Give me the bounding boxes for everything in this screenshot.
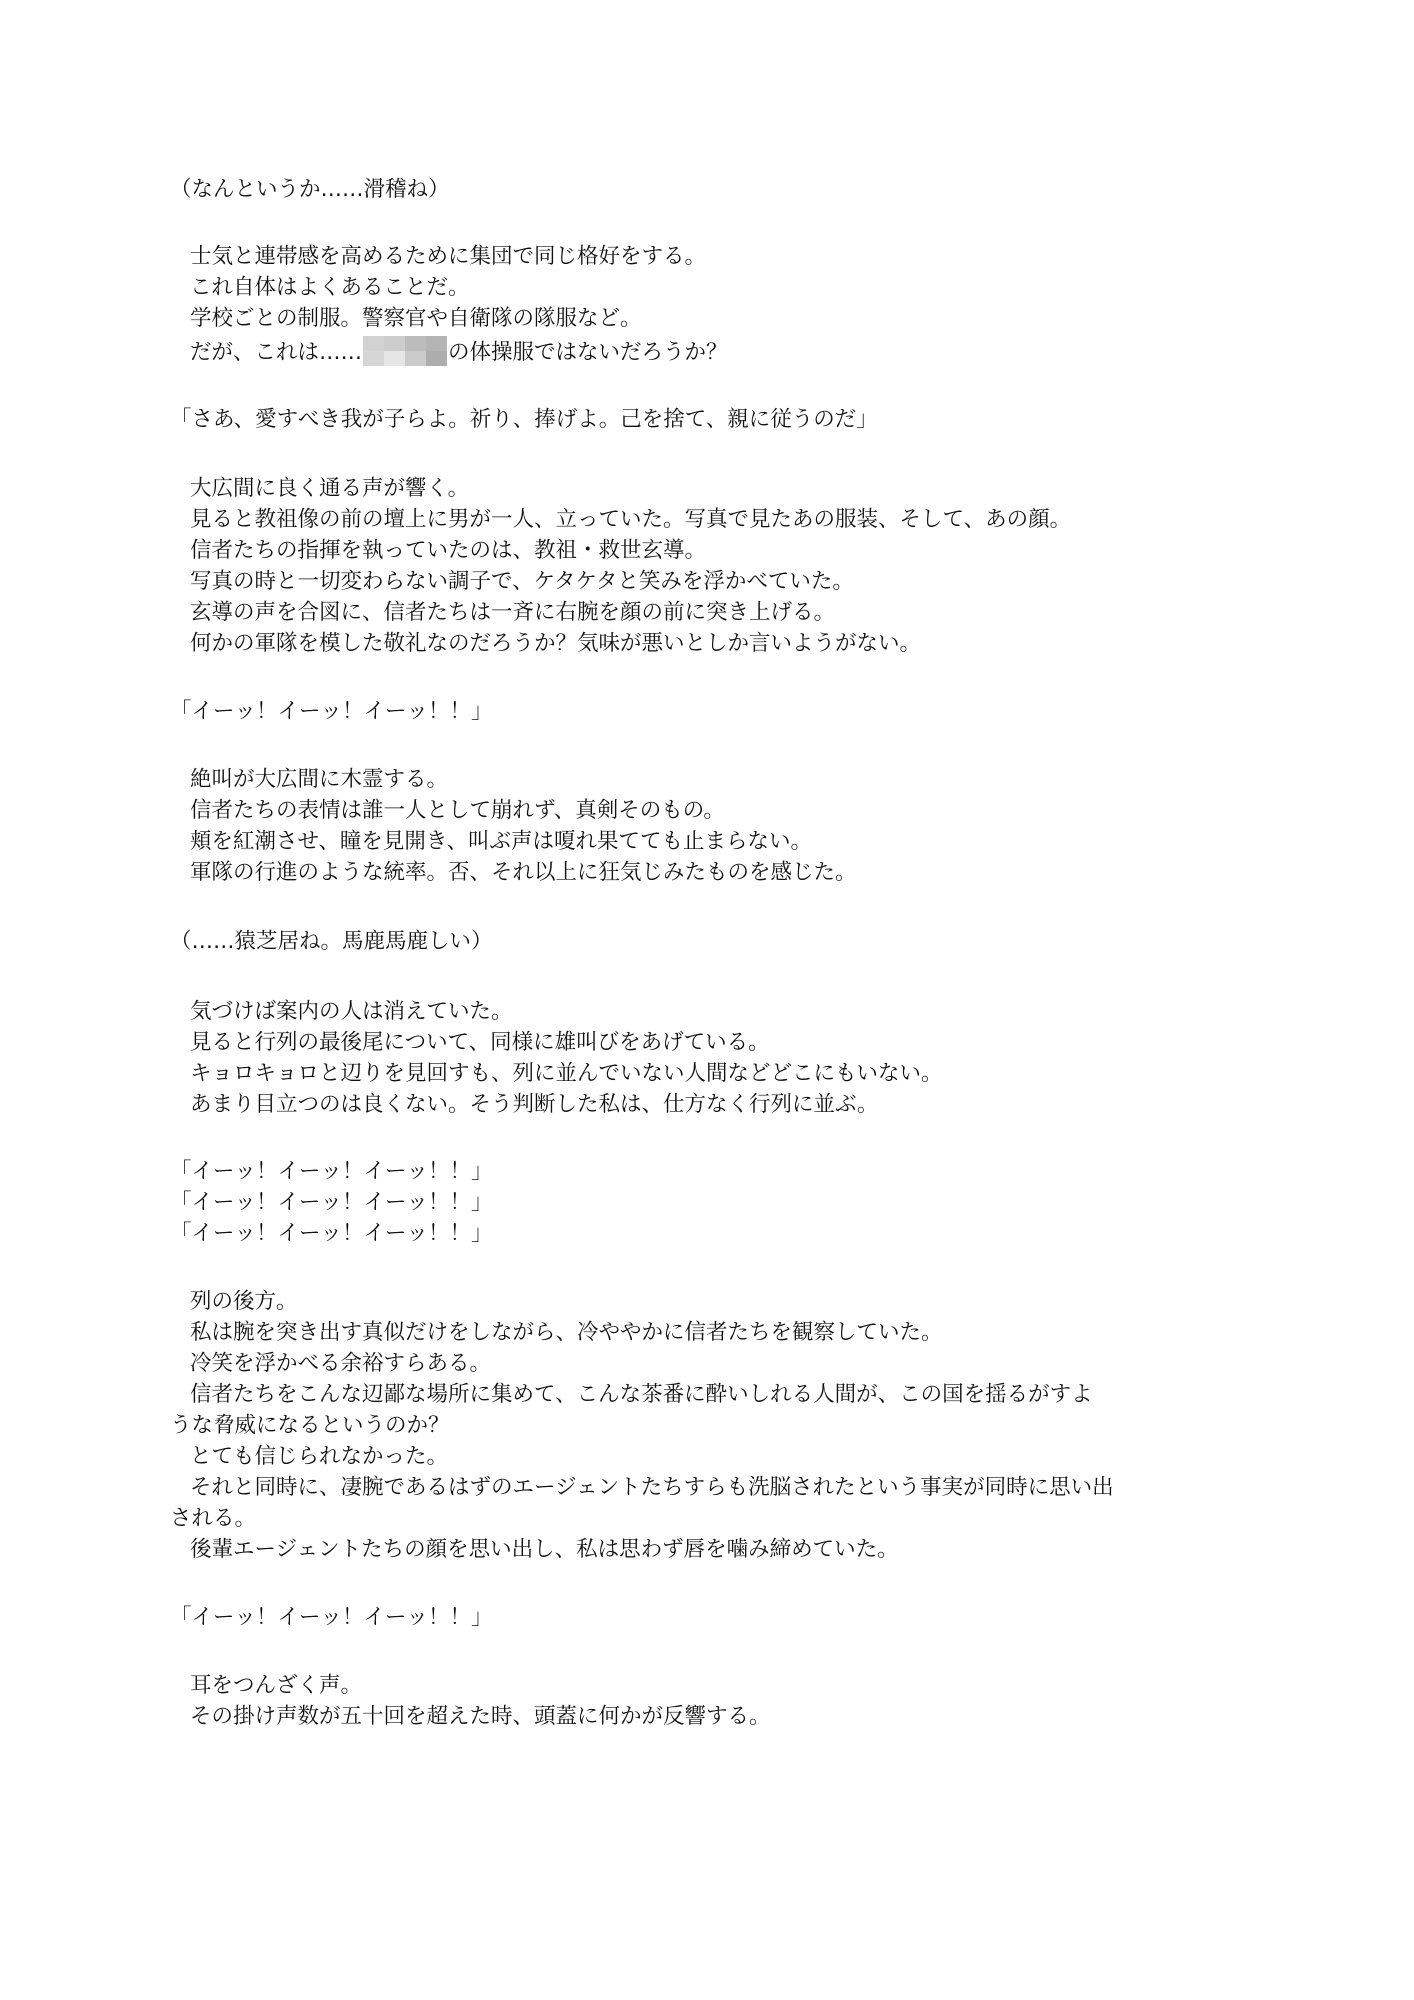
- text-line: （なんというか……滑稽ね）: [170, 176, 450, 204]
- text-line: キョロキョロと辺りを見回すも、列に並んでいない人間などどこにもいない。: [190, 1060, 943, 1088]
- text-line: 冷笑を浮かべる余裕すらある。: [190, 1350, 491, 1378]
- text-line: 大広間に良く通る声が響く。: [190, 475, 469, 503]
- dialogue-line: 「さあ、愛すべき我が子らよ。祈り、捧げよ。己を捨て、親に従うのだ」: [170, 406, 878, 434]
- text-line: それと同時に、凄腕であるはずのエージェントたちすらも洗脳されたという事実が同時に…: [190, 1474, 1114, 1502]
- text-line: 学校ごとの制服。警察官や自衛隊の隊服など。: [190, 305, 642, 333]
- text-line: 私は腕を突き出す真似だけをしながら、冷ややかに信者たちを観察していた。: [190, 1319, 943, 1347]
- text-line-with-redaction: だが、これは……の体操服ではないだろうか？: [190, 336, 728, 367]
- thought-line: （……猿芝居ね。馬鹿馬鹿しい）: [170, 928, 493, 956]
- text-line: 信者たちをこんな辺鄙な場所に集めて、こんな茶番に酔いしれる人間が、この国を揺るが…: [190, 1381, 1093, 1409]
- text-line: 信者たちの指揮を執っていたのは、教祖・救世玄導。: [190, 537, 706, 565]
- text-line: 列の後方。: [190, 1288, 298, 1316]
- text-line: うな脅威になるというのか？: [170, 1412, 450, 1440]
- text-line: 耳をつんざく声。: [190, 1672, 362, 1700]
- text-line: 見ると教祖像の前の壇上に男が一人、立っていた。写真で見たあの服装、そして、あの顔…: [190, 506, 1071, 534]
- text-line: その掛け声数が五十回を超えた時、頭蓋に何かが反響する。: [190, 1703, 771, 1731]
- dialogue-line: 「イーッ！イーッ！イーッ！！」: [170, 698, 493, 726]
- redacted-mosaic-block: [363, 336, 447, 366]
- text-line: 絶叫が大広間に木霊する。: [190, 766, 448, 794]
- text-line: これ自体はよくあることだ。: [190, 274, 470, 302]
- text-line: される。: [170, 1505, 256, 1533]
- text-line: 見ると行列の最後尾について、同様に雄叫びをあげている。: [190, 1029, 770, 1057]
- text-line: 士気と連帯感を高めるために集団で同じ格好をする。: [190, 243, 706, 271]
- dialogue-line: 「イーッ！イーッ！イーッ！！」: [170, 1189, 493, 1217]
- text-segment: の体操服ではないだろうか？: [448, 340, 728, 365]
- text-segment: だが、これは……: [190, 340, 362, 365]
- text-line: 写真の時と一切変わらない調子で、ケタケタと笑みを浮かべていた。: [190, 568, 854, 596]
- dialogue-line: 「イーッ！イーッ！イーッ！！」: [170, 1604, 493, 1632]
- document-page: （なんというか……滑稽ね） 士気と連帯感を高めるために集団で同じ格好をする。 こ…: [0, 0, 1414, 2000]
- text-line: 信者たちの表情は誰一人として崩れず、真剣そのもの。: [190, 797, 725, 825]
- text-line: 頬を紅潮させ、瞳を見開き、叫ぶ声は嗄れ果てても止まらない。: [190, 828, 812, 856]
- text-line: 気づけば案内の人は消えていた。: [190, 998, 513, 1026]
- text-line: 玄導の声を合図に、信者たちは一斉に右腕を顔の前に突き上げる。: [190, 599, 835, 627]
- dialogue-line: 「イーッ！イーッ！イーッ！！」: [170, 1158, 493, 1186]
- text-line: 後輩エージェントたちの顔を思い出し、私は思わず唇を噛み締めていた。: [190, 1536, 899, 1564]
- dialogue-line: 「イーッ！イーッ！イーッ！！」: [170, 1220, 493, 1248]
- text-line: 何かの軍隊を模した敬礼なのだろうか？気味が悪いとしか言いようがない。: [190, 630, 921, 658]
- text-line: 軍隊の行進のような統率。否、それ以上に狂気じみたものを感じた。: [190, 859, 857, 887]
- text-line: あまり目立つのは良くない。そう判断した私は、仕方なく行列に並ぶ。: [190, 1091, 878, 1119]
- text-line: とても信じられなかった。: [190, 1443, 448, 1471]
